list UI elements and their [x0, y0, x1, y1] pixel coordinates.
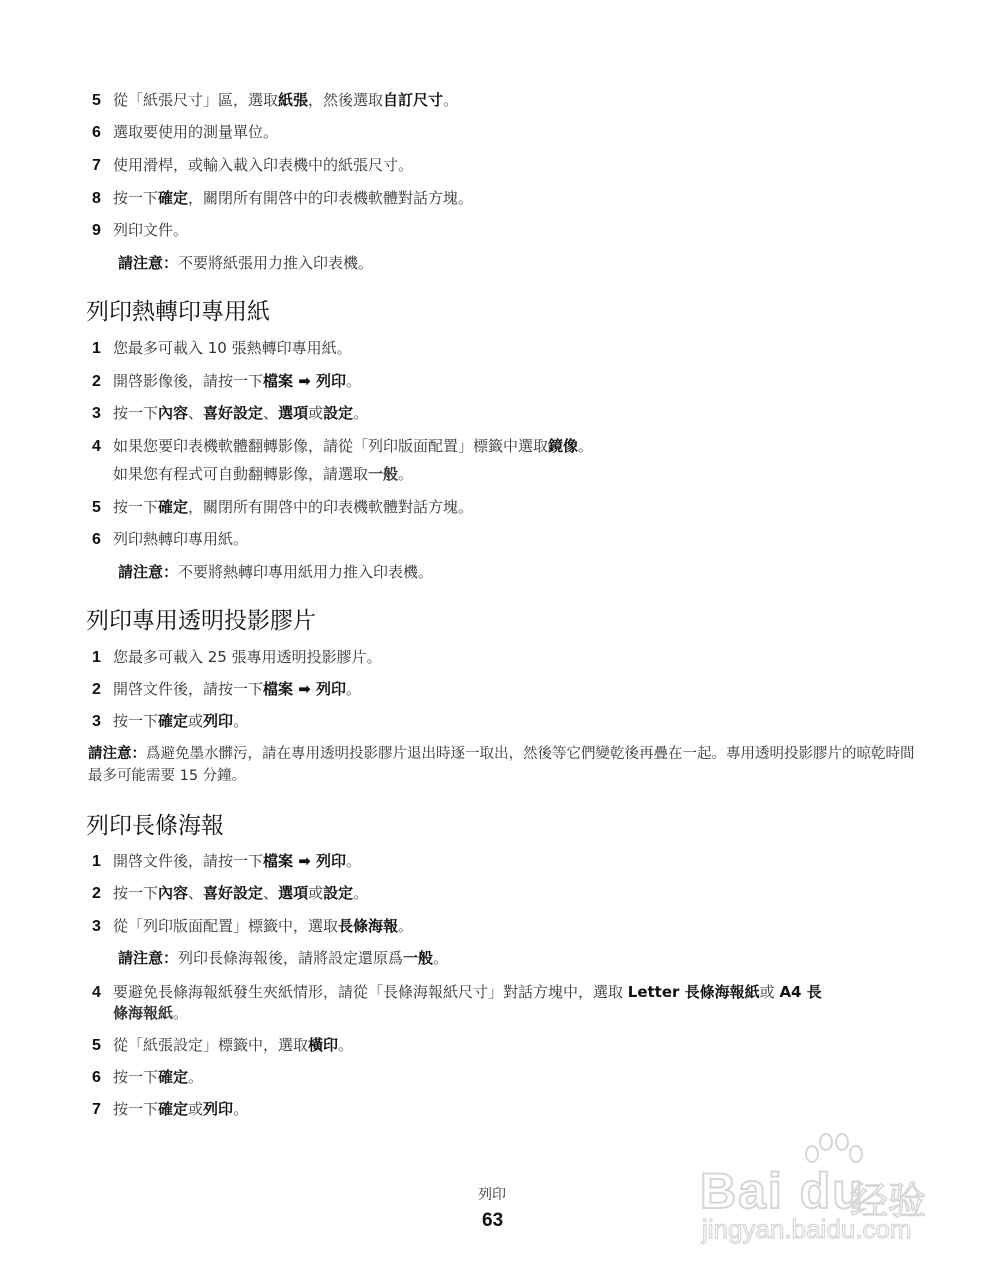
step-text: 、 [188, 884, 203, 902]
step-5: 5按一下確定，關閉所有開啓中的印表機軟體對話方塊。 [92, 497, 473, 518]
step-text: 列印熱轉印專用紙。 [113, 530, 248, 548]
step-2: 2開啓文件後，請按一下檔案 ➡ 列印。 [92, 679, 361, 700]
document-page: 5從「紙張尺寸」區，選取紙張，然後選取自訂尺寸。 6選取要使用的測量單位。 7使… [0, 0, 989, 1280]
step-text: 按一下 [113, 884, 158, 902]
ui-term: 列印 [203, 712, 233, 730]
step-text: 開啓文件後，請按一下 [113, 852, 263, 870]
step-number: 5 [92, 91, 113, 111]
section-heading: 列印專用透明投影膠片 [86, 606, 316, 636]
step-text: 或 [760, 983, 780, 1001]
step-text: 要避免長條海報紙發生夾紙情形，請從「長條海報紙尺寸」對話方塊中，選取 [113, 983, 628, 1001]
step-number: 8 [92, 189, 113, 209]
page-number: 63 [482, 1210, 503, 1232]
step-1: 1開啓文件後，請按一下檔案 ➡ 列印。 [92, 851, 361, 872]
step-text: 您最多可載入 25 張專用透明投影膠片。 [113, 648, 382, 666]
step-2: 2開啓影像後，請按一下檔案 ➡ 列印。 [92, 371, 361, 392]
step-text: 或 [188, 1100, 203, 1118]
step-text: 如果您有程式可自動翻轉影像，請選取 [113, 465, 368, 483]
step-number: 2 [92, 884, 113, 904]
step-text: 。 [173, 1004, 188, 1022]
step-text: 按一下 [113, 189, 158, 207]
step-text: 使用滑桿，或輸入載入印表機中的紙張尺寸。 [113, 156, 413, 174]
footer-section-label: 列印 [478, 1184, 506, 1204]
step-number: 6 [92, 530, 113, 550]
section-heading: 列印長條海報 [86, 811, 224, 841]
step-number: 7 [92, 1100, 113, 1120]
step-text: 您最多可載入 10 張熱轉印專用紙。 [113, 339, 352, 357]
step-text: 按一下 [113, 404, 158, 422]
note-text: 。 [433, 949, 448, 967]
step-7: 7按一下確定或列印。 [92, 1099, 248, 1120]
ui-term: 選項 [278, 884, 308, 902]
section-heading: 列印熱轉印專用紙 [86, 297, 270, 327]
step-6: 6列印熱轉印專用紙。 [92, 529, 248, 550]
step-number: 6 [92, 123, 113, 143]
step-number: 3 [92, 917, 113, 937]
step-number: 4 [92, 437, 113, 457]
step-number: 5 [92, 1036, 113, 1056]
ui-term: 設定 [323, 884, 353, 902]
step-number: 2 [92, 680, 113, 700]
step-3: 3按一下內容、喜好設定、選項或設定。 [92, 403, 368, 424]
ui-term: Letter 長條海報紙 [628, 983, 760, 1001]
ui-term: 確定 [158, 1100, 188, 1118]
step-text: 。 [233, 1100, 248, 1118]
step-7: 7使用滑桿，或輸入載入印表機中的紙張尺寸。 [92, 155, 413, 176]
step-number: 9 [92, 221, 113, 241]
ui-term: 條海報紙 [113, 1004, 173, 1022]
note-label: 請注意： [88, 746, 146, 762]
step-3: 3從「列印版面配置」標籤中，選取長條海報。 [92, 916, 413, 937]
step-number: 3 [92, 404, 113, 424]
ui-term: 確定 [158, 498, 188, 516]
ui-term: 確定 [158, 1068, 188, 1086]
step-text: 列印文件。 [113, 221, 188, 239]
menu-path: 檔案 ➡ 列印 [263, 852, 346, 870]
step-number: 3 [92, 712, 113, 732]
step-text: 。 [346, 680, 361, 698]
watermark-url: jingyan.baidu.com [702, 1214, 912, 1245]
step-text: 開啓文件後，請按一下 [113, 680, 263, 698]
ui-term: 確定 [158, 712, 188, 730]
step-4: 4要避免長條海報紙發生夾紙情形，請從「長條海報紙尺寸」對話方塊中，選取 Lett… [92, 982, 822, 1003]
step-text: 按一下 [113, 498, 158, 516]
step-number: 2 [92, 372, 113, 392]
menu-path: 檔案 ➡ 列印 [263, 372, 346, 390]
step-text: 選取要使用的測量單位。 [113, 123, 278, 141]
step-1: 1您最多可載入 25 張專用透明投影膠片。 [92, 647, 382, 668]
step-text: 。 [353, 884, 368, 902]
ui-term: 喜好設定 [203, 884, 263, 902]
step-number: 1 [92, 648, 113, 668]
step-text: ，關閉所有開啓中的印表機軟體對話方塊。 [188, 189, 473, 207]
ui-term: 橫印 [308, 1036, 338, 1054]
step-text: 從「列印版面配置」標籤中，選取 [113, 917, 338, 935]
step-text: ，然後選取 [308, 91, 383, 109]
ui-term: 自訂尺寸 [383, 91, 443, 109]
note-text: 不要將紙張用力推入印表機。 [178, 254, 373, 272]
step-text: 、 [263, 404, 278, 422]
step-text: 、 [263, 884, 278, 902]
note-text: 列印長條海報後，請將設定還原爲 [178, 949, 403, 967]
step-text: 從「紙張尺寸」區，選取 [113, 91, 278, 109]
menu-path: 檔案 ➡ 列印 [263, 680, 346, 698]
ui-term: 內容 [158, 404, 188, 422]
ui-term: 長條海報 [338, 917, 398, 935]
step-text: 按一下 [113, 712, 158, 730]
step-text: 。 [338, 1036, 353, 1054]
note: 請注意：列印長條海報後，請將設定還原爲一般。 [118, 948, 448, 968]
step-number: 6 [92, 1068, 113, 1088]
step-text: 。 [398, 917, 413, 935]
note: 請注意：不要將紙張用力推入印表機。 [118, 253, 373, 273]
ui-term: A4 長 [779, 983, 821, 1001]
ui-term: 鏡像 [548, 437, 578, 455]
ui-term: 紙張 [278, 91, 308, 109]
step-text: 開啓影像後，請按一下 [113, 372, 263, 390]
step-text: 或 [308, 884, 323, 902]
ui-term: 列印 [203, 1100, 233, 1118]
step-continuation: 如果您有程式可自動翻轉影像，請選取一般。 [113, 464, 413, 484]
ui-term: 內容 [158, 884, 188, 902]
step-1: 1您最多可載入 10 張熱轉印專用紙。 [92, 338, 352, 359]
step-text: 或 [308, 404, 323, 422]
step-2: 2按一下內容、喜好設定、選項或設定。 [92, 883, 368, 904]
note-text: 不要將熱轉印專用紙用力推入印表機。 [178, 563, 433, 581]
step-number: 7 [92, 156, 113, 176]
step-text: 按一下 [113, 1100, 158, 1118]
step-number: 5 [92, 498, 113, 518]
note-paragraph: 請注意：爲避免墨水髒污，請在專用透明投影膠片退出時逐一取出，然後等它們變乾後再疊… [88, 743, 918, 787]
step-8: 8按一下確定，關閉所有開啓中的印表機軟體對話方塊。 [92, 188, 473, 209]
step-6: 6按一下確定。 [92, 1067, 203, 1088]
ui-term: 設定 [323, 404, 353, 422]
ui-term: 一般 [403, 949, 433, 967]
step-text: 。 [398, 465, 413, 483]
step-5: 5從「紙張尺寸」區，選取紙張，然後選取自訂尺寸。 [92, 90, 458, 111]
step-continuation: 條海報紙。 [113, 1003, 188, 1023]
step-text: 或 [188, 712, 203, 730]
step-text: 。 [346, 852, 361, 870]
watermark-logo: Bai du [700, 1162, 865, 1220]
step-4: 4如果您要印表機軟體翻轉影像，請從「列印版面配置」標籤中選取鏡像。 [92, 436, 593, 457]
step-text: 。 [353, 404, 368, 422]
step-text: 。 [233, 712, 248, 730]
step-number: 1 [92, 339, 113, 359]
step-text: 從「紙張設定」標籤中，選取 [113, 1036, 308, 1054]
baidu-watermark: Bai du 经验 jingyan.baidu.com [700, 1132, 950, 1242]
step-text: 。 [188, 1068, 203, 1086]
step-text: ，關閉所有開啓中的印表機軟體對話方塊。 [188, 498, 473, 516]
note-text: 爲避免墨水髒污，請在專用透明投影膠片退出時逐一取出，然後等它們變乾後再疊在一起。… [88, 746, 915, 784]
ui-term: 確定 [158, 189, 188, 207]
note-label: 請注意： [118, 254, 178, 272]
step-text: 如果您要印表機軟體翻轉影像，請從「列印版面配置」標籤中選取 [113, 437, 548, 455]
step-text: 。 [346, 372, 361, 390]
ui-term: 一般 [368, 465, 398, 483]
note: 請注意：不要將熱轉印專用紙用力推入印表機。 [118, 562, 433, 582]
step-5: 5從「紙張設定」標籤中，選取橫印。 [92, 1035, 353, 1056]
step-3: 3按一下確定或列印。 [92, 711, 248, 732]
ui-term: 喜好設定 [203, 404, 263, 422]
note-label: 請注意： [118, 563, 178, 581]
step-9: 9列印文件。 [92, 220, 188, 241]
step-number: 4 [92, 983, 113, 1003]
note-label: 請注意： [118, 949, 178, 967]
step-text: 。 [443, 91, 458, 109]
step-number: 1 [92, 852, 113, 872]
step-text: 、 [188, 404, 203, 422]
step-text: 按一下 [113, 1068, 158, 1086]
step-text: 。 [578, 437, 593, 455]
step-6: 6選取要使用的測量單位。 [92, 122, 278, 143]
ui-term: 選項 [278, 404, 308, 422]
